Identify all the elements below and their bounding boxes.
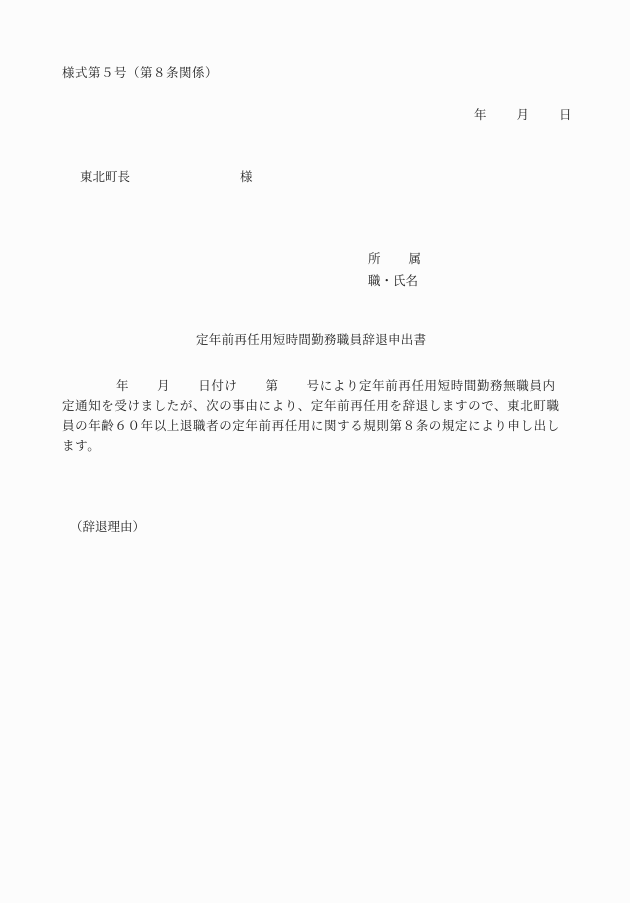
body-month: 月 [157, 378, 170, 393]
date-line: 年月日 [474, 109, 572, 122]
position-name-label: 職・氏名 [368, 273, 418, 288]
position-name-row: 職・氏名 [368, 275, 421, 297]
addressee-name: 東北町長 [80, 169, 130, 184]
body-date-suffix: 日付け [198, 378, 237, 393]
date-year-label: 年 [474, 109, 487, 122]
body-line-1: 年月日付け第号により定年前再任用短時間勤務無職員内 [62, 376, 572, 396]
body-line-2: 定通知を受けましたが、次の事由により、定年前再任用を辞退しますので、東北町職 [62, 396, 572, 416]
addressee-honorific: 様 [240, 171, 253, 184]
date-day-label: 日 [559, 109, 572, 122]
applicant-block: 所属 職・氏名 [368, 253, 421, 297]
addressee: 東北町長 様 [80, 171, 130, 184]
date-month-label: 月 [517, 109, 530, 122]
affiliation-label-a: 所 [368, 251, 381, 266]
body-number-prefix: 第 [266, 378, 279, 393]
body-year: 年 [116, 378, 129, 393]
affiliation-label-b: 属 [409, 251, 422, 266]
body-line-4: ます。 [62, 436, 572, 456]
reason-label: （辞退理由） [70, 521, 145, 534]
body-line-1-rest: 号により定年前再任用短時間勤務無職員内 [307, 378, 556, 393]
form-number: 様式第５号（第８条関係） [62, 67, 218, 80]
document-title: 定年前再任用短時間勤務職員辞退申出書 [196, 334, 426, 347]
body-paragraph: 年月日付け第号により定年前再任用短時間勤務無職員内 定通知を受けましたが、次の事… [62, 376, 572, 456]
affiliation-row: 所属 [368, 253, 421, 275]
body-line-3: 員の年齢６０年以上退職者の定年前再任用に関する規則第８条の規定により申し出し [62, 416, 572, 436]
